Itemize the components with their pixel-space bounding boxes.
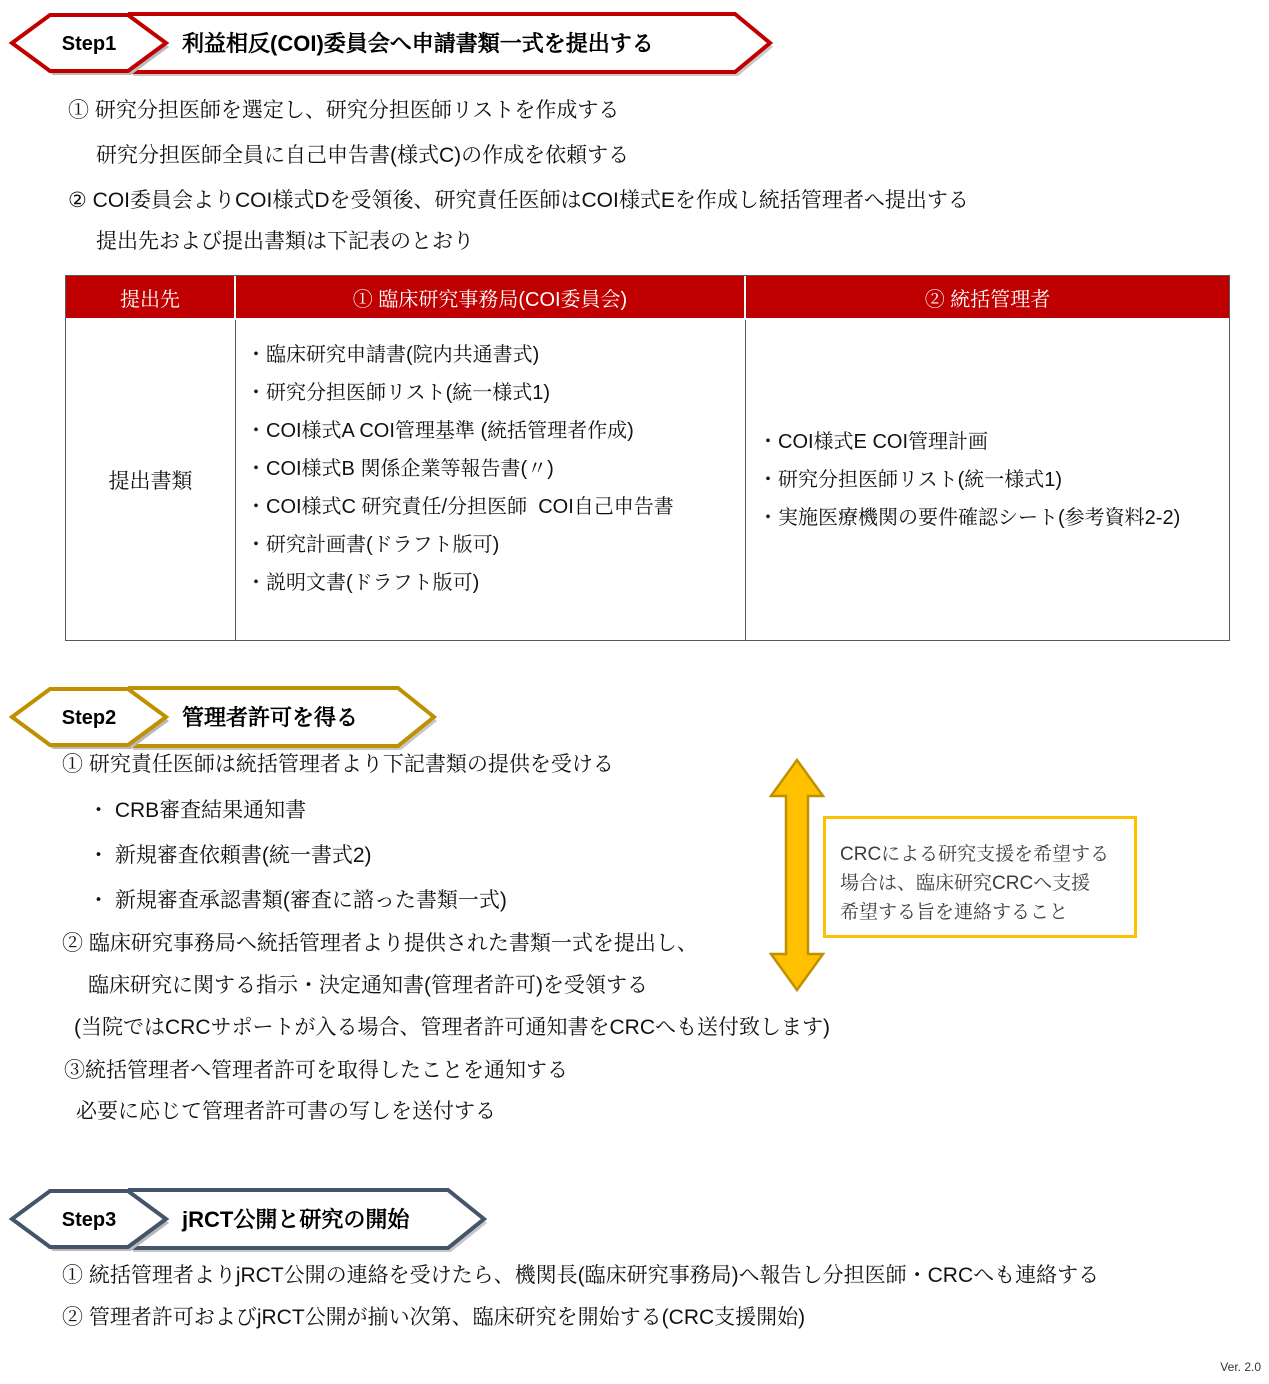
step3-item-1: ① 統括管理者よりjRCT公開の連絡を受けたら、機関長(臨床研究事務局)へ報告し… xyxy=(62,1261,1099,1291)
crc-note-box: CRCによる研究支援を希望する 場合は、臨床研究CRCへ支援 希望する旨を連絡す… xyxy=(823,816,1137,938)
step2-item-7: (当院ではCRCサポートが入る場合、管理者許可通知書をCRCへも送付致します) xyxy=(74,1013,830,1043)
office-doc-item: ・研究計画書(ドラフト版可) xyxy=(246,526,745,564)
table-row-label: 提出書類 xyxy=(66,320,236,640)
step1-header: Step1 利益相反(COI)委員会へ申請書類一式を提出する xyxy=(0,4,800,82)
table-header-office: ① 臨床研究事務局(COI委員会) xyxy=(236,276,746,320)
step3-item-2: ② 管理者許可およびjRCT公開が揃い次第、臨床研究を開始する(CRC支援開始) xyxy=(62,1303,805,1333)
step2-label: Step2 xyxy=(19,705,159,731)
step2-item-2: ・ CRB審査結果通知書 xyxy=(88,796,306,826)
manager-doc-item: ・研究分担医師リスト(統一様式1) xyxy=(758,461,1229,499)
office-doc-item: ・研究分担医師リスト(統一様式1) xyxy=(246,374,745,412)
step1-item-3: ② COI委員会よりCOI様式Dを受領後、研究責任医師はCOI様式Eを作成し統括… xyxy=(68,186,969,216)
crc-note-line: 希望する旨を連絡すること xyxy=(840,898,1124,927)
step2-item-3: ・ 新規審査依頼書(統一書式2) xyxy=(88,841,372,871)
manager-doc-item: ・COI様式E COI管理計画 xyxy=(758,423,1229,461)
office-doc-item: ・COI様式B 関係企業等報告書(〃) xyxy=(246,450,745,488)
version-label: Ver. 2.0 xyxy=(1220,1360,1261,1374)
step3-title: jRCT公開と研究の開始 xyxy=(182,1206,409,1234)
office-doc-item: ・COI様式C 研究責任/分担医師 COI自己申告書 xyxy=(246,488,745,526)
step1-title: 利益相反(COI)委員会へ申請書類一式を提出する xyxy=(182,30,654,58)
step2-title: 管理者許可を得る xyxy=(182,704,358,732)
office-doc-item: ・説明文書(ドラフト版可) xyxy=(246,564,745,602)
double-arrow-icon xyxy=(769,758,825,992)
step2-item-6: 臨床研究に関する指示・決定通知書(管理者許可)を受領する xyxy=(88,971,648,1001)
office-doc-item: ・臨床研究申請書(院内共通書式) xyxy=(246,336,745,374)
office-doc-item: ・COI様式A COI管理基準 (統括管理者作成) xyxy=(246,412,745,450)
step3-header: Step3 jRCT公開と研究の開始 xyxy=(0,1180,800,1258)
document-page: Step1 利益相反(COI)委員会へ申請書類一式を提出する ① 研究分担医師を… xyxy=(0,0,1269,1384)
step1-item-2: 研究分担医師全員に自己申告書(様式C)の作成を依頼する xyxy=(96,141,629,171)
step1-item-1: ① 研究分担医師を選定し、研究分担医師リストを作成する xyxy=(68,96,619,126)
table-cell-office-docs: ・臨床研究申請書(院内共通書式) ・研究分担医師リスト(統一様式1) ・COI様… xyxy=(236,320,746,640)
table-header-manager: ② 統括管理者 xyxy=(746,276,1229,320)
step2-item-9: 必要に応じて管理者許可書の写しを送付する xyxy=(76,1097,496,1127)
crc-note-line: CRCによる研究支援を希望する xyxy=(840,840,1124,869)
table-cell-manager-docs: ・COI様式E COI管理計画 ・研究分担医師リスト(統一様式1) ・実施医療機… xyxy=(746,320,1229,640)
crc-note-line: 場合は、臨床研究CRCへ支援 xyxy=(840,869,1124,898)
step2-item-4: ・ 新規審査承認書類(審査に諮った書類一式) xyxy=(88,886,507,916)
step2-item-5: ② 臨床研究事務局へ統括管理者より提供された書類一式を提出し、 xyxy=(62,929,698,959)
manager-doc-item: ・実施医療機関の要件確認シート(参考資料2-2) xyxy=(758,499,1229,537)
step1-item-4: 提出先および提出書類は下記表のとおり xyxy=(96,227,474,257)
step2-item-8: ③統括管理者へ管理者許可を取得したことを通知する xyxy=(64,1056,568,1086)
step3-label: Step3 xyxy=(19,1207,159,1233)
table-header-destination: 提出先 xyxy=(66,276,236,320)
step2-header: Step2 管理者許可を得る xyxy=(0,678,800,756)
submission-table: 提出先 ① 臨床研究事務局(COI委員会) ② 統括管理者 提出書類 ・臨床研究… xyxy=(65,275,1230,641)
step1-label: Step1 xyxy=(19,31,159,57)
step2-item-1: ① 研究責任医師は統括管理者より下記書類の提供を受ける xyxy=(62,750,614,780)
